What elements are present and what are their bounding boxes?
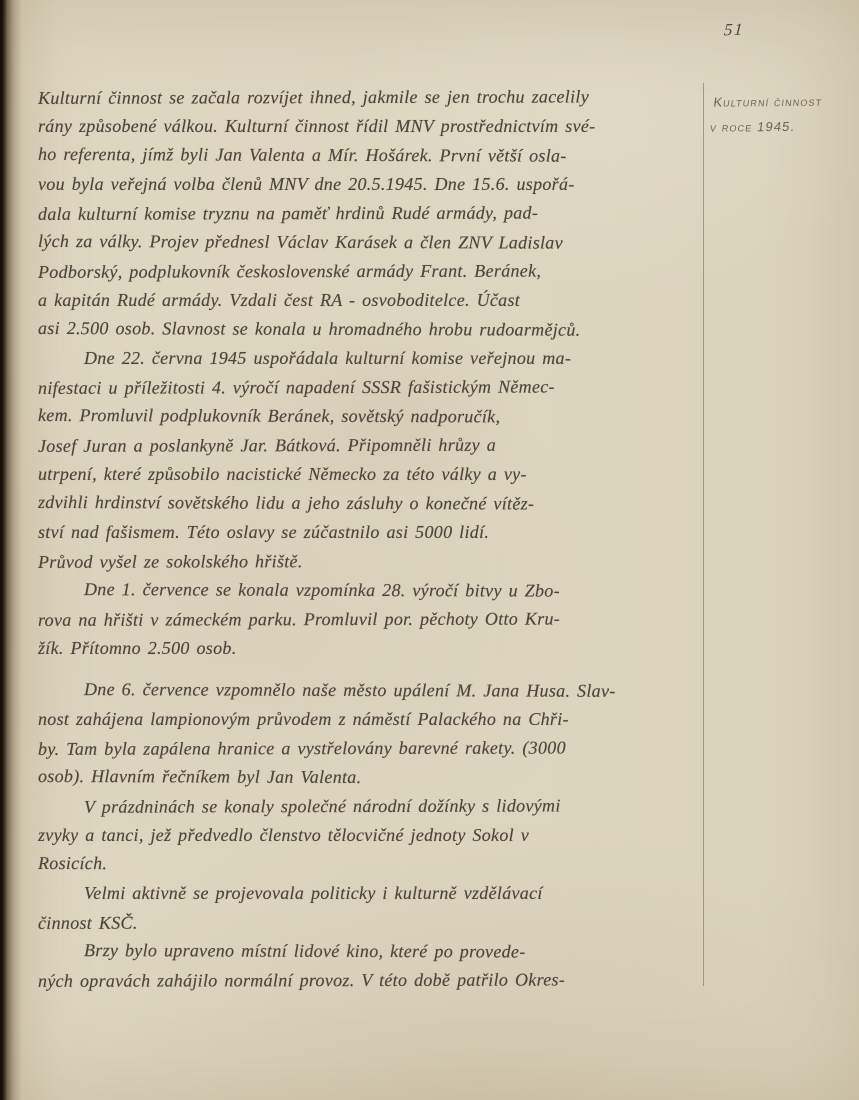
text-line: kem. Promluvil podplukovník Beránek, sov… xyxy=(38,401,704,432)
text-line: Podborský, podplukovník československé a… xyxy=(38,256,704,287)
text-line: Dne 1. července se konala vzpomínka 28. … xyxy=(38,575,704,606)
text-line: Josef Juran a poslankyně Jar. Bátková. P… xyxy=(38,430,704,461)
text-line: Dne 6. července vzpomnělo naše město upá… xyxy=(38,675,704,706)
text-line: ných opravách zahájilo normální provoz. … xyxy=(38,965,704,996)
text-line: Velmi aktivně se projevovala politicky i… xyxy=(38,879,704,908)
page-number: 51 xyxy=(723,20,744,41)
text-line: V prázdninách se konaly společné národní… xyxy=(38,791,704,822)
margin-note-line-2: v roce 1945. xyxy=(709,113,854,139)
text-line: Kulturní činnost se začala rozvíjet ihne… xyxy=(38,82,704,113)
text-line: zvyky a tanci, jež předvedlo členstvo tě… xyxy=(38,821,704,850)
text-line: by. Tam byla zapálena hranice a vystřelo… xyxy=(38,733,704,764)
manuscript-page: 51 Kulturní činnost v roce 1945. Kulturn… xyxy=(0,0,859,1100)
text-line: ství nad fašismem. Této oslavy se zúčast… xyxy=(38,518,704,547)
text-line: rova na hřišti v zámeckém parku. Promluv… xyxy=(38,604,704,635)
text-line: rány způsobené válkou. Kulturní činnost … xyxy=(38,112,704,141)
text-line: dala kulturní komise tryznu na paměť hrd… xyxy=(38,198,704,229)
text-line: a kapitán Rudé armády. Vzdali čest RA - … xyxy=(38,286,704,315)
text-line: utrpení, které způsobilo nacistické Něme… xyxy=(38,460,704,489)
text-line: činnost KSČ. xyxy=(38,907,704,938)
text-line: žík. Přítomno 2.500 osob. xyxy=(38,634,704,663)
text-line: nost zahájena lampionovým průvodem z nám… xyxy=(38,705,704,734)
text-line: Průvod vyšel ze sokolského hřiště. xyxy=(38,546,704,577)
text-line: Dne 22. června 1945 uspořádala kulturní … xyxy=(38,344,704,373)
text-line: lých za války. Projev přednesl Václav Ka… xyxy=(38,227,704,258)
margin-note: Kulturní činnost v roce 1945. xyxy=(709,88,858,139)
text-line: Rosicích. xyxy=(38,849,704,880)
text-line: vou byla veřejná volba členů MNV dne 20.… xyxy=(38,170,704,199)
text-line: ho referenta, jímž byli Jan Valenta a Mí… xyxy=(38,140,704,171)
text-line: zdvihli hrdinství sovětského lidu a jeho… xyxy=(38,488,704,519)
handwritten-text: Kulturní činnost se začala rozvíjet ihne… xyxy=(38,83,704,995)
text-line: nifestaci u příležitosti 4. výročí napad… xyxy=(38,372,704,403)
text-line: asi 2.500 osob. Slavnost se konala u hro… xyxy=(38,314,704,345)
binding-edge-shadow xyxy=(0,0,22,1100)
text-line: osob). Hlavním řečníkem byl Jan Valenta. xyxy=(38,762,704,793)
margin-note-line-1: Kulturní činnost xyxy=(712,88,857,114)
text-line: Brzy bylo upraveno místní lidové kino, k… xyxy=(38,936,704,967)
